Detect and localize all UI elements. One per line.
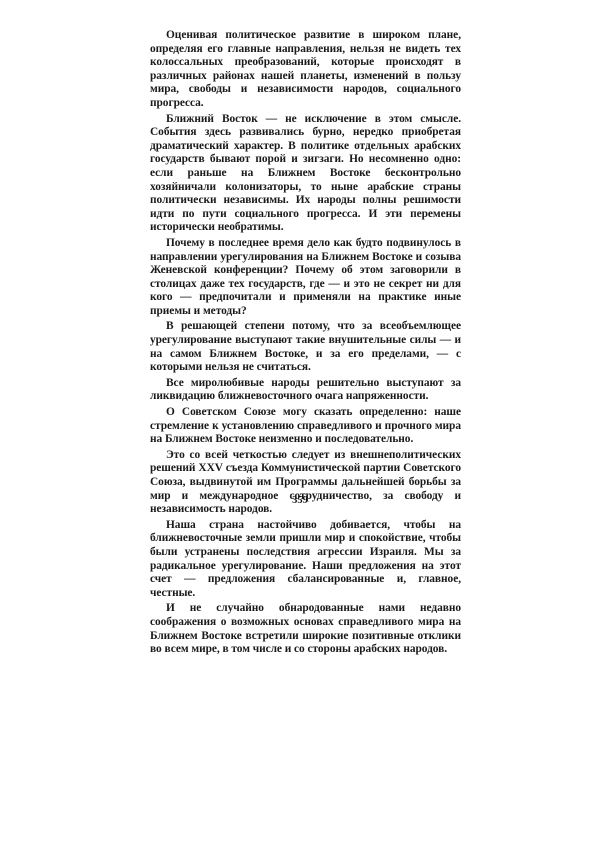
paragraph: Почему в последнее время дело как будто …: [150, 237, 461, 319]
paragraph: Все миролюбивые народы решительно выступ…: [150, 377, 461, 404]
paragraph: Ближний Восток — не исключение в этом см…: [150, 113, 461, 235]
paragraph: О Советском Союзе могу сказать определен…: [150, 406, 461, 447]
page-body: Оценивая политическое развитие в широком…: [150, 29, 461, 659]
page-number: 359: [0, 495, 600, 506]
paragraph: Оценивая политическое развитие в широком…: [150, 29, 461, 111]
paragraph: Это со всей четкостью следует из внешнеп…: [150, 449, 461, 517]
paragraph: Наша страна настойчиво добивается, чтобы…: [150, 519, 461, 601]
paragraph: И не случайно обнародованные нами недавн…: [150, 602, 461, 656]
paragraph: В решающей степени потому, что за всеобъ…: [150, 320, 461, 374]
